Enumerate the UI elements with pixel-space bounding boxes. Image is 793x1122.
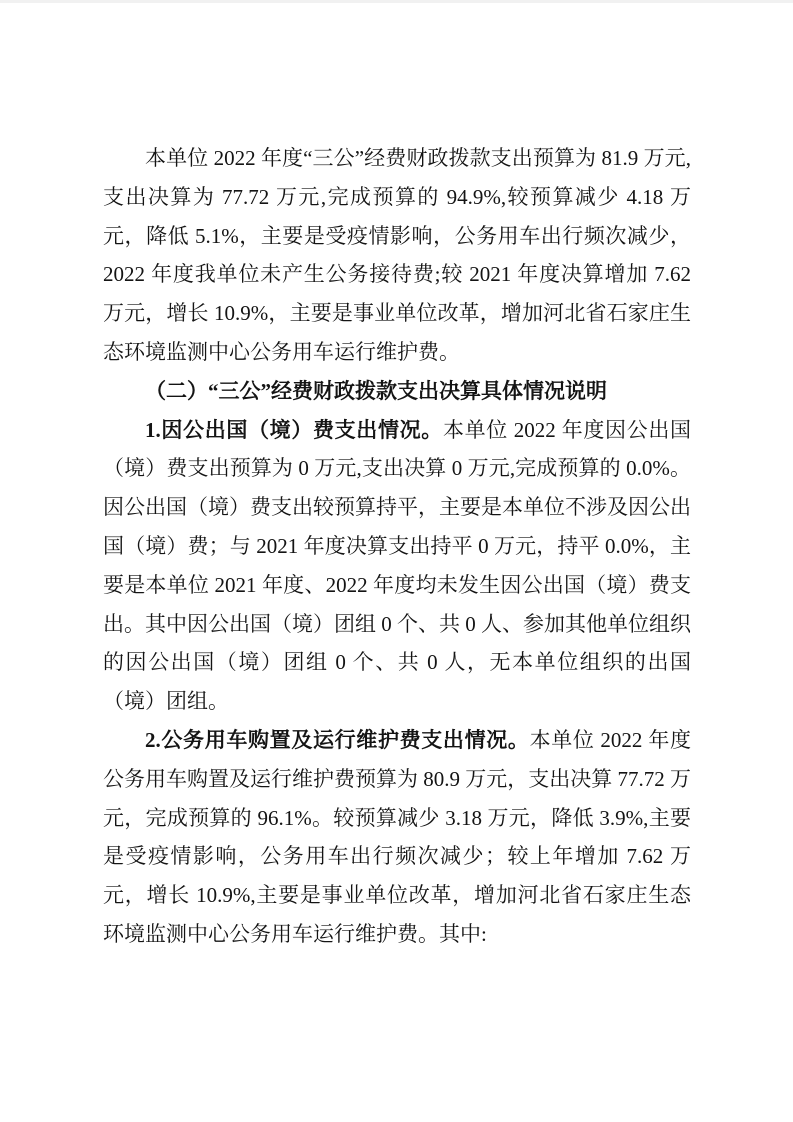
- paragraph-text: 本单位 2022 年度因公出国（境）费支出预算为 0 万元,支出决算 0 万元,…: [103, 418, 691, 714]
- paragraph-abroad-expense: 1.因公出国（境）费支出情况。本单位 2022 年度因公出国（境）费支出预算为 …: [103, 411, 691, 721]
- document-page: 本单位 2022 年度“三公”经费财政拨款支出预算为 81.9 万元,支出决算为…: [0, 0, 793, 1122]
- document-content: 本单位 2022 年度“三公”经费财政拨款支出预算为 81.9 万元,支出决算为…: [103, 139, 691, 954]
- paragraph-three-public-summary: 本单位 2022 年度“三公”经费财政拨款支出预算为 81.9 万元,支出决算为…: [103, 139, 691, 372]
- paragraph-lead-bold: 2.公务用车购置及运行维护费支出情况。: [145, 728, 530, 752]
- section-heading-text: （二）“三公”经费财政拨款支出决算具体情况说明: [145, 379, 607, 403]
- paragraph-lead-bold: 1.因公出国（境）费支出情况。: [145, 418, 443, 442]
- paragraph-text: 本单位 2022 年度“三公”经费财政拨款支出预算为 81.9 万元,支出决算为…: [103, 146, 691, 364]
- section-heading: （二）“三公”经费财政拨款支出决算具体情况说明: [103, 372, 691, 411]
- page-top-edge: [0, 0, 793, 3]
- paragraph-vehicle-expense: 2.公务用车购置及运行维护费支出情况。本单位 2022 年度公务用车购置及运行维…: [103, 721, 691, 954]
- paragraph-text: 本单位 2022 年度公务用车购置及运行维护费预算为 80.9 万元，支出决算 …: [103, 728, 691, 946]
